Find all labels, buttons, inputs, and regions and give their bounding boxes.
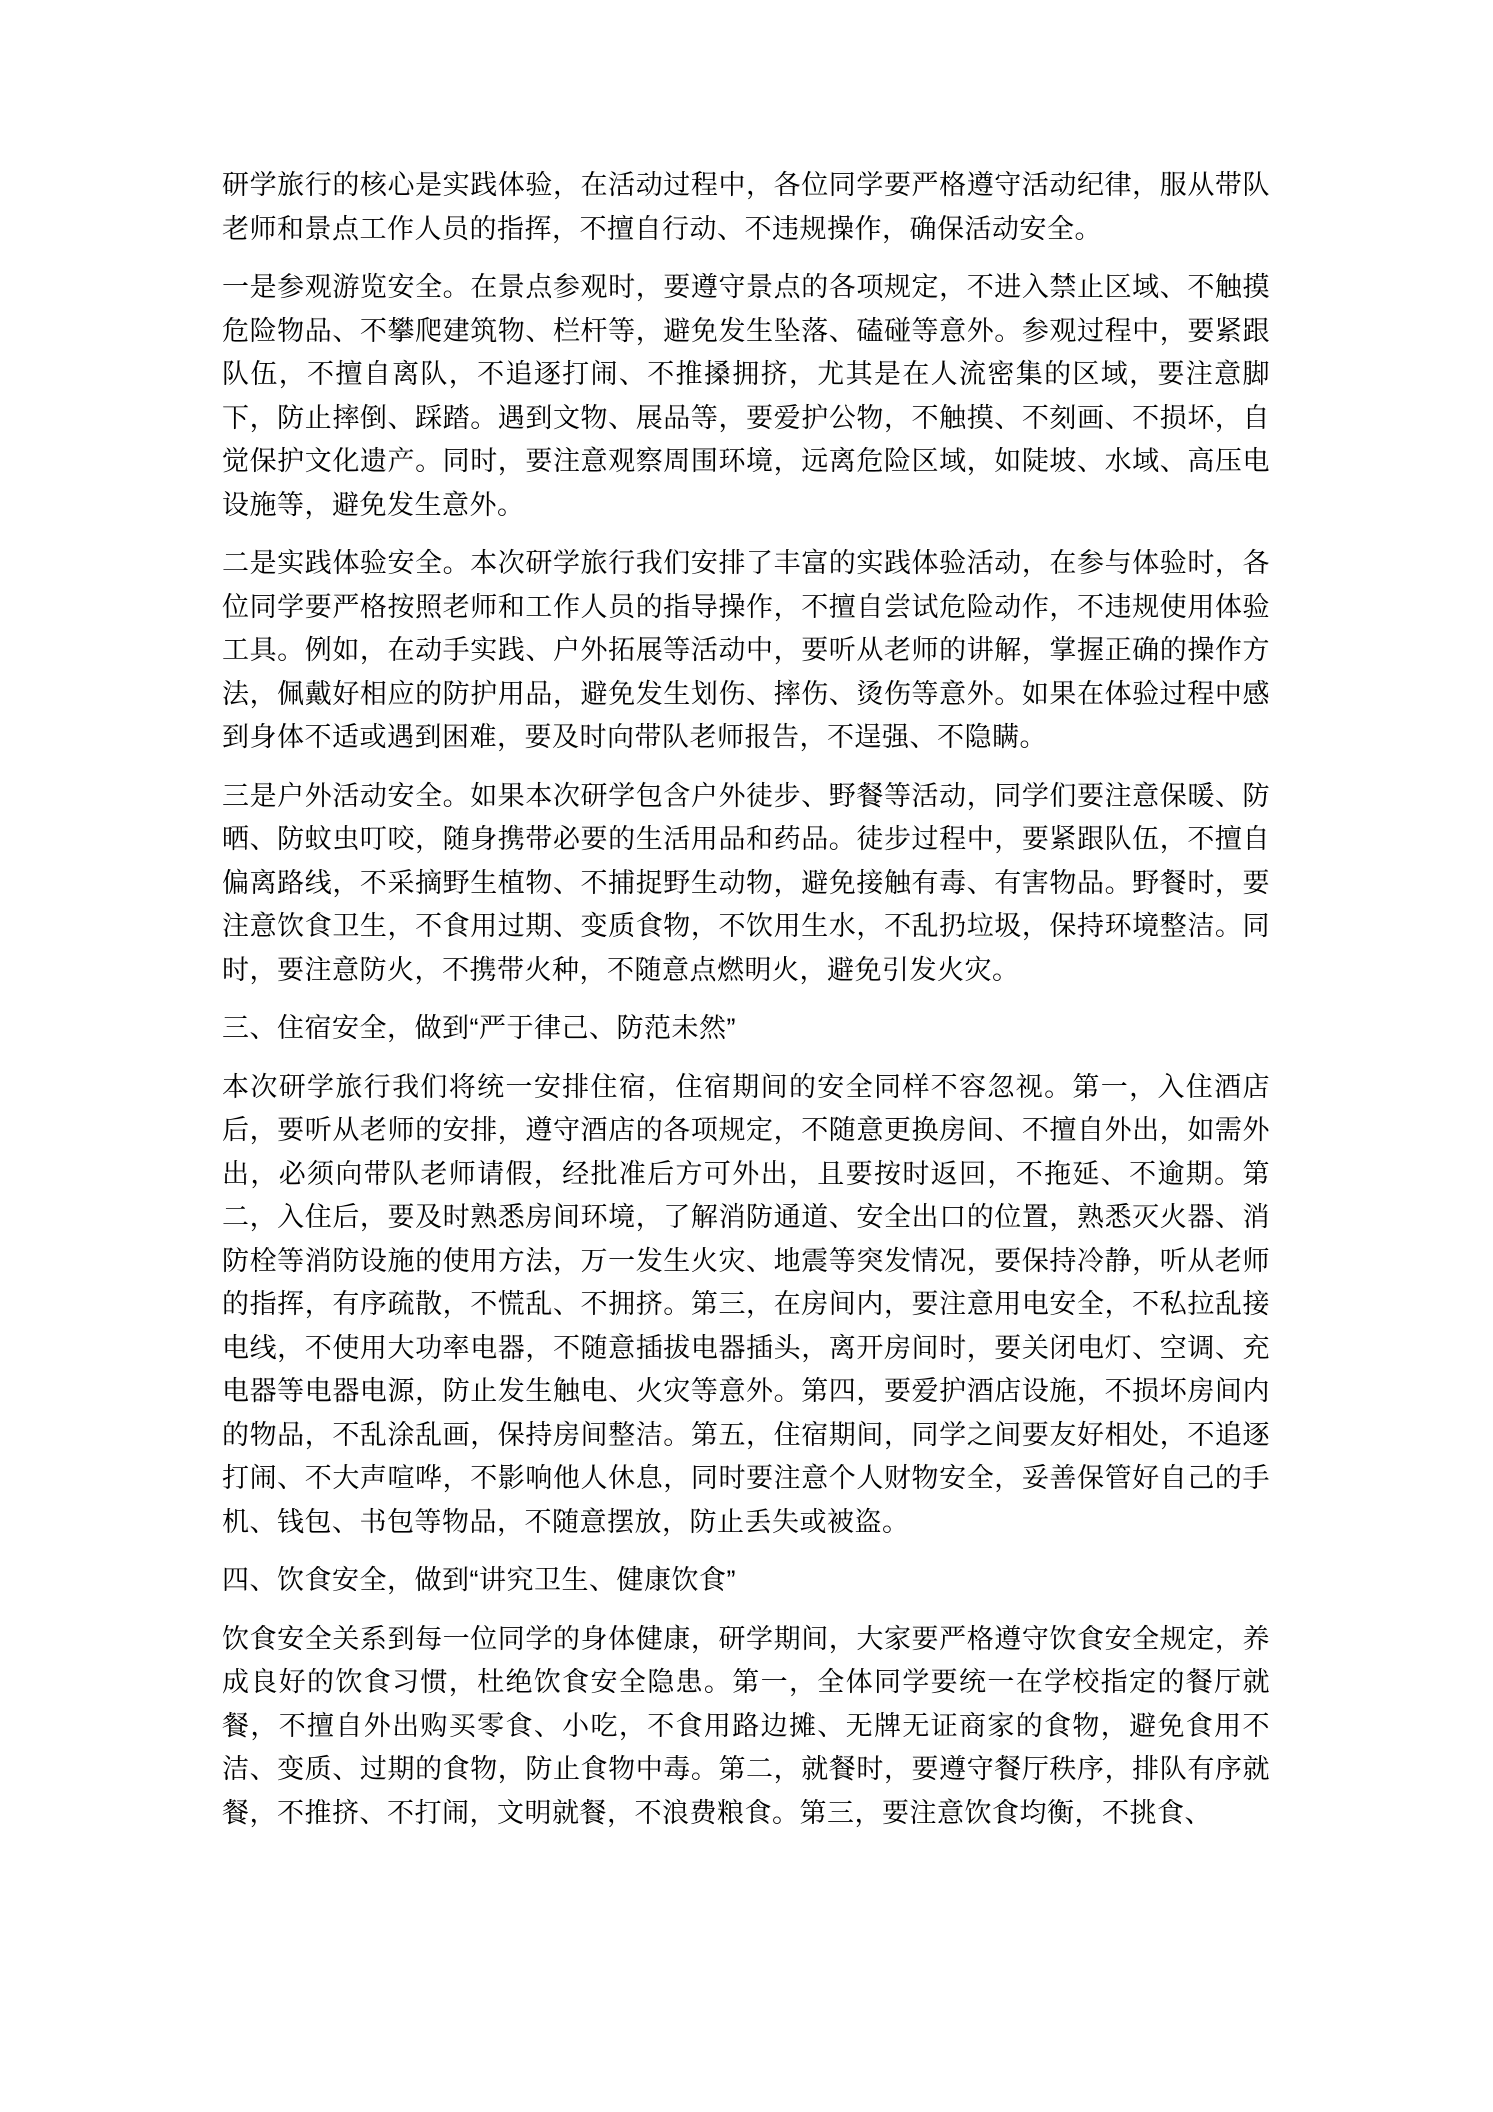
paragraph: 二是实践体验安全。本次研学旅行我们安排了丰富的实践体验活动，在参与体验时，各位同… bbox=[222, 542, 1270, 760]
document-page: 研学旅行的核心是实践体验，在活动过程中，各位同学要严格遵守活动纪律，服从带队老师… bbox=[0, 0, 1493, 2112]
paragraph: 研学旅行的核心是实践体验，在活动过程中，各位同学要严格遵守活动纪律，服从带队老师… bbox=[222, 164, 1270, 251]
paragraph: 本次研学旅行我们将统一安排住宿，住宿期间的安全同样不容忽视。第一，入住酒店后，要… bbox=[222, 1066, 1270, 1545]
section-heading: 四、饮食安全，做到“讲究卫生、健康饮食” bbox=[222, 1559, 1270, 1603]
document-body: 研学旅行的核心是实践体验，在活动过程中，各位同学要严格遵守活动纪律，服从带队老师… bbox=[222, 164, 1270, 1850]
paragraph: 一是参观游览安全。在景点参观时，要遵守景点的各项规定，不进入禁止区域、不触摸危险… bbox=[222, 266, 1270, 527]
section-heading: 三、住宿安全，做到“严于律己、防范未然” bbox=[222, 1007, 1270, 1051]
paragraph: 三是户外活动安全。如果本次研学包含户外徒步、野餐等活动，同学们要注意保暖、防晒、… bbox=[222, 775, 1270, 993]
paragraph: 饮食安全关系到每一位同学的身体健康，研学期间，大家要严格遵守饮食安全规定，养成良… bbox=[222, 1618, 1270, 1836]
